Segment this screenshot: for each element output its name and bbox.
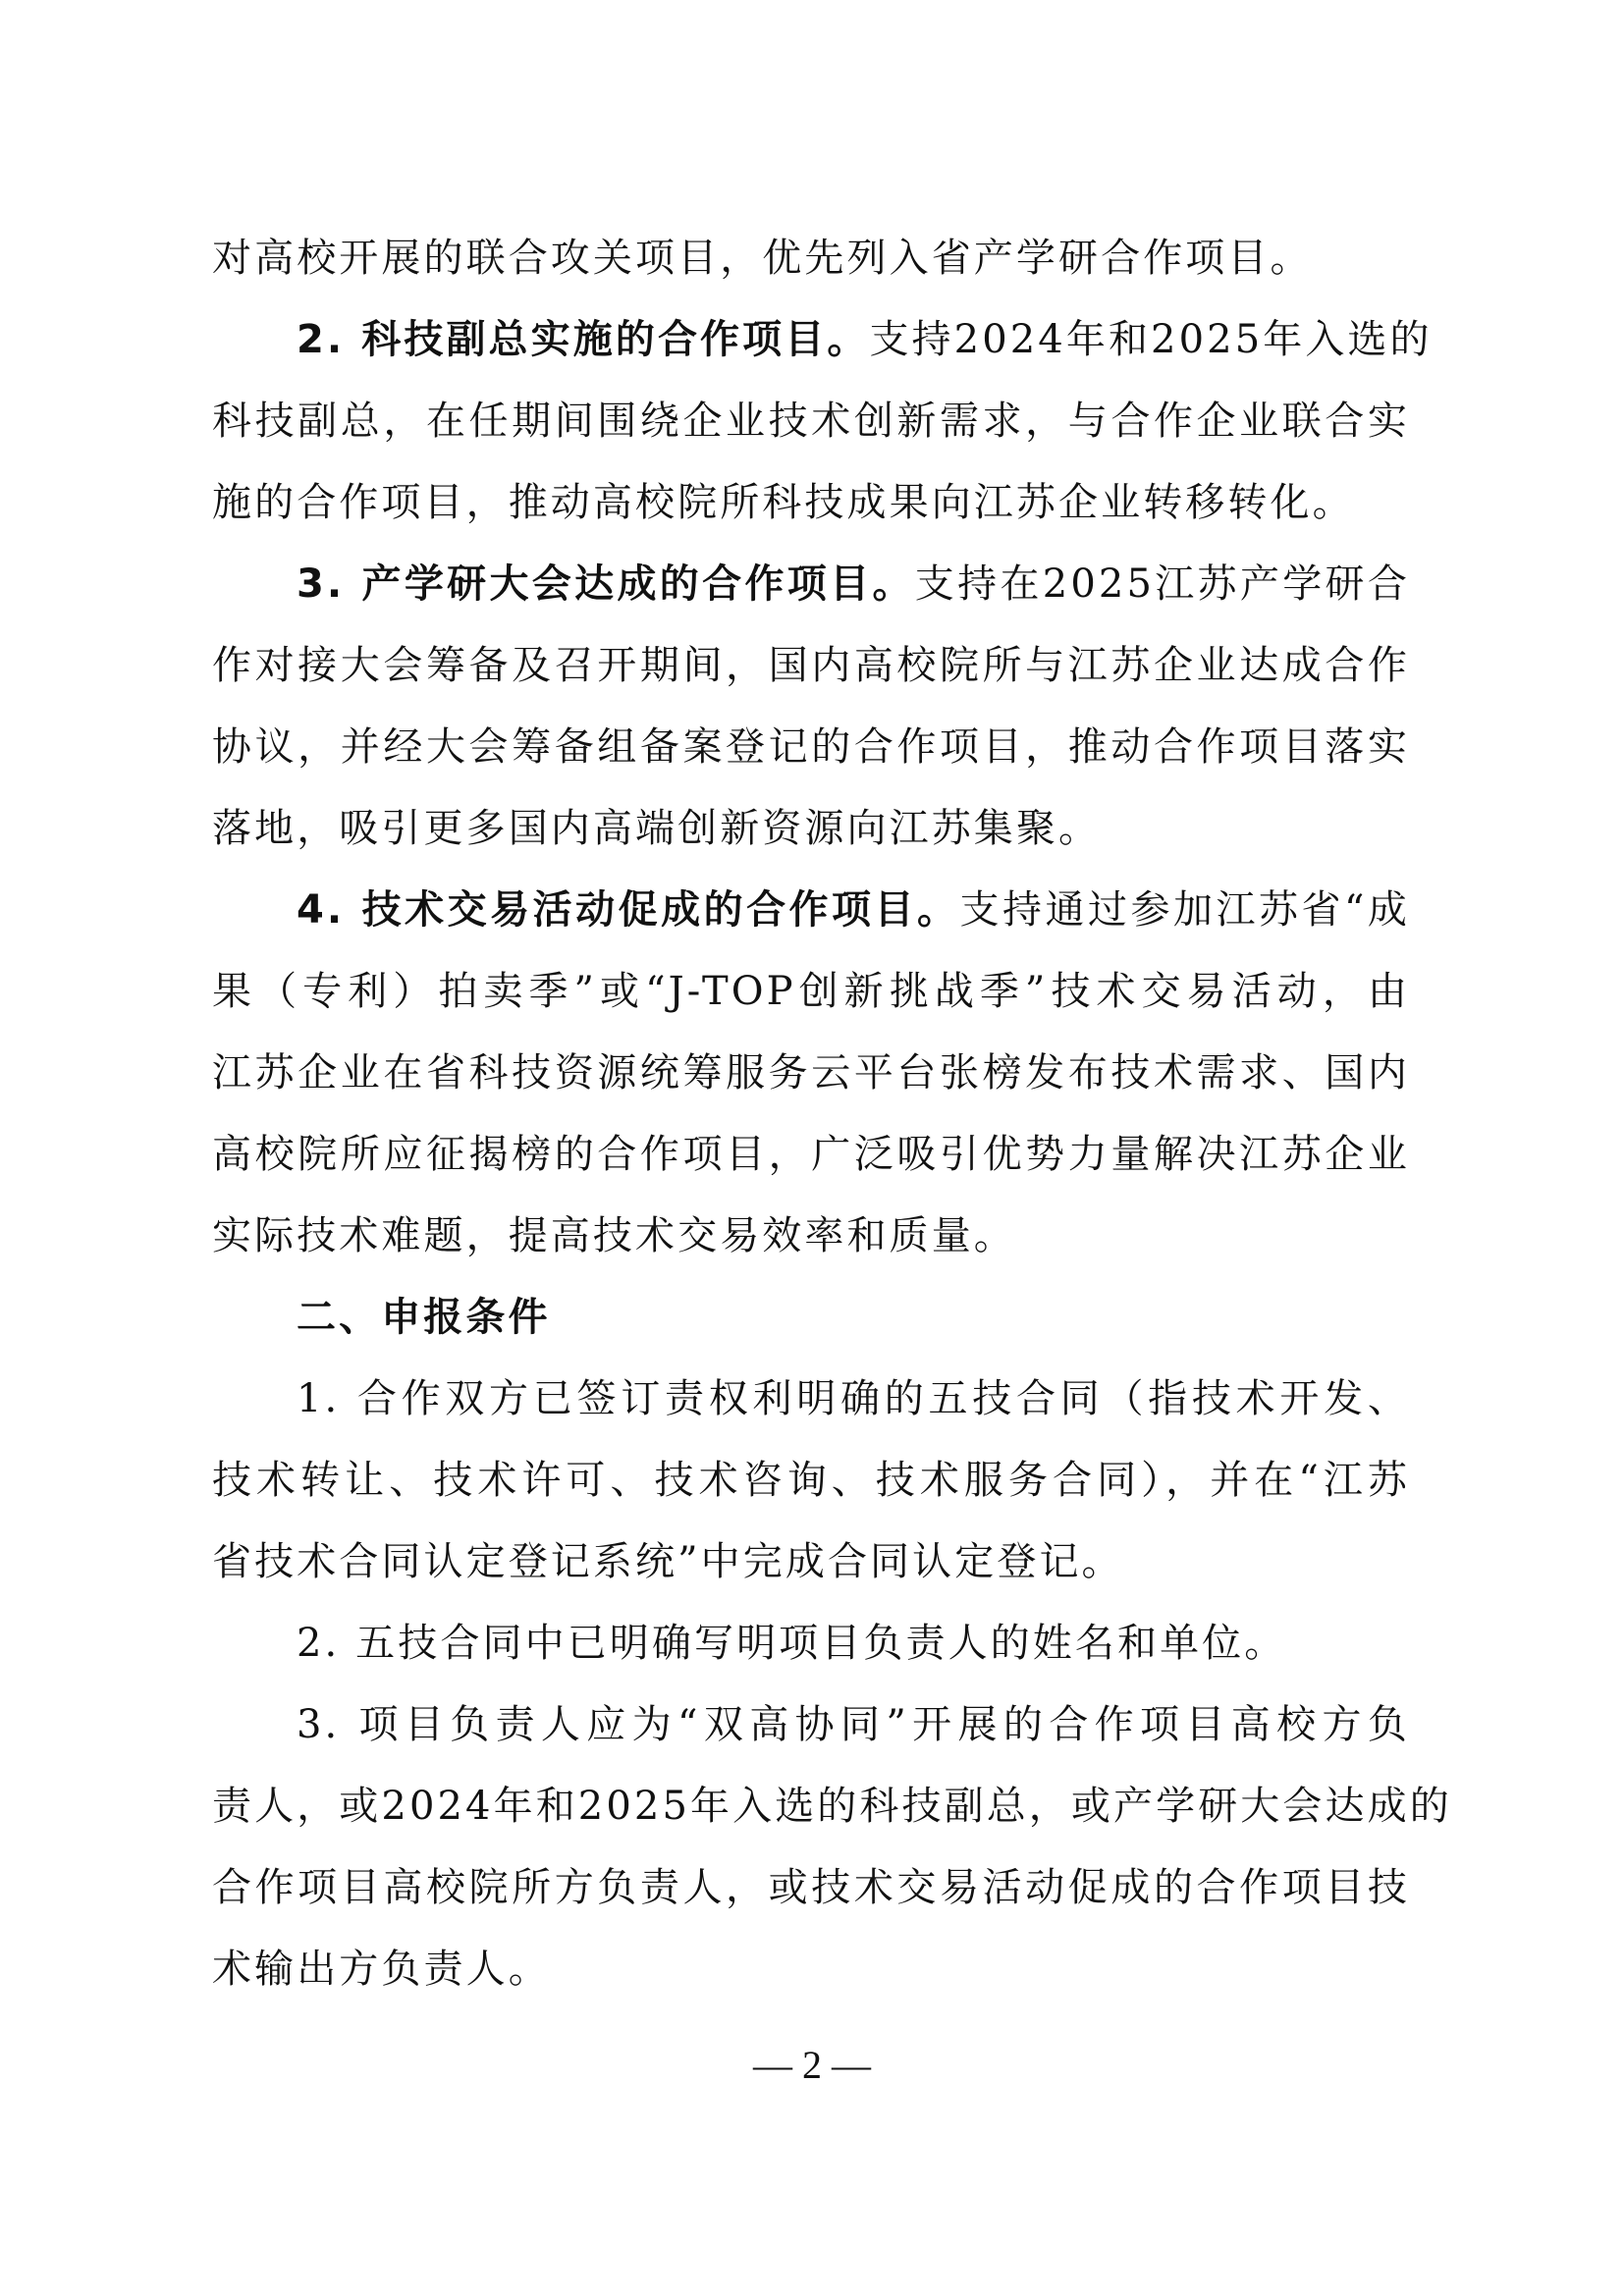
paragraph-carryover-line: 对高校开展的联合攻关项目，优先列入省产学研合作项目。 (212, 218, 1410, 299)
page-number: — 2 — (0, 2042, 1624, 2088)
section-heading: 二、申报条件 (212, 1277, 1410, 1359)
item-4-line: 高校院所应征揭榜的合作项目，广泛吸引优势力量解决江苏企业 (212, 1114, 1410, 1196)
condition-3-line: 3. 项目负责人应为“双高协同”开展的合作项目高校方负 (212, 1684, 1410, 1766)
item-3-line: 作对接大会筹备及召开期间，国内高校院所与江苏企业达成合作 (212, 625, 1410, 707)
document-page: 对高校开展的联合攻关项目，优先列入省产学研合作项目。 2. 科技副总实施的合作项… (212, 218, 1410, 2010)
item-2-line: 科技副总，在任期间围绕企业技术创新需求，与合作企业联合实 (212, 381, 1410, 462)
condition-1-line: 省技术合同认定登记系统”中完成合同认定登记。 (212, 1522, 1410, 1603)
condition-1-line: 技术转让、技术许可、技术咨询、技术服务合同），并在“江苏 (212, 1440, 1410, 1522)
item-2-line: 施的合作项目，推动高校院所科技成果向江苏企业转移转化。 (212, 462, 1410, 544)
item-3-lead: 3. 产学研大会达成的合作项目。 (297, 561, 915, 607)
item-4-lead: 4. 技术交易活动促成的合作项目。 (297, 887, 960, 933)
item-3-line: 协议，并经大会筹备组备案登记的合作项目，推动合作项目落实 (212, 707, 1410, 788)
item-3-line: 落地，吸引更多国内高端创新资源向江苏集聚。 (212, 788, 1410, 870)
item-4-line: 江苏企业在省科技资源统筹服务云平台张榜发布技术需求、国内 (212, 1033, 1410, 1114)
item-3-text: 支持在2025江苏产学研合 (915, 561, 1410, 607)
item-4-line: 实际技术难题，提高技术交易效率和质量。 (212, 1196, 1410, 1277)
condition-3-line: 合作项目高校院所方负责人，或技术交易活动促成的合作项目技 (212, 1847, 1410, 1929)
item-4-first-line: 4. 技术交易活动促成的合作项目。支持通过参加江苏省“成 (212, 870, 1410, 951)
condition-3-line: 术输出方负责人。 (212, 1929, 1410, 2010)
condition-2-line: 2. 五技合同中已明确写明项目负责人的姓名和单位。 (212, 1603, 1410, 1684)
item-4-text: 支持通过参加江苏省“成 (960, 887, 1410, 933)
item-4-line: 果（专利）拍卖季”或“J-TOP创新挑战季”技术交易活动，由 (212, 951, 1410, 1033)
item-2-lead: 2. 科技副总实施的合作项目。 (297, 317, 869, 362)
item-2-first-line: 2. 科技副总实施的合作项目。支持2024年和2025年入选的 (212, 299, 1410, 381)
condition-3-line: 责人，或2024年和2025年入选的科技副总，或产学研大会达成的 (212, 1766, 1410, 1847)
item-3-first-line: 3. 产学研大会达成的合作项目。支持在2025江苏产学研合 (212, 544, 1410, 625)
condition-1-line: 1. 合作双方已签订责权利明确的五技合同（指技术开发、 (212, 1359, 1410, 1440)
item-2-text: 支持2024年和2025年入选的 (869, 317, 1432, 362)
